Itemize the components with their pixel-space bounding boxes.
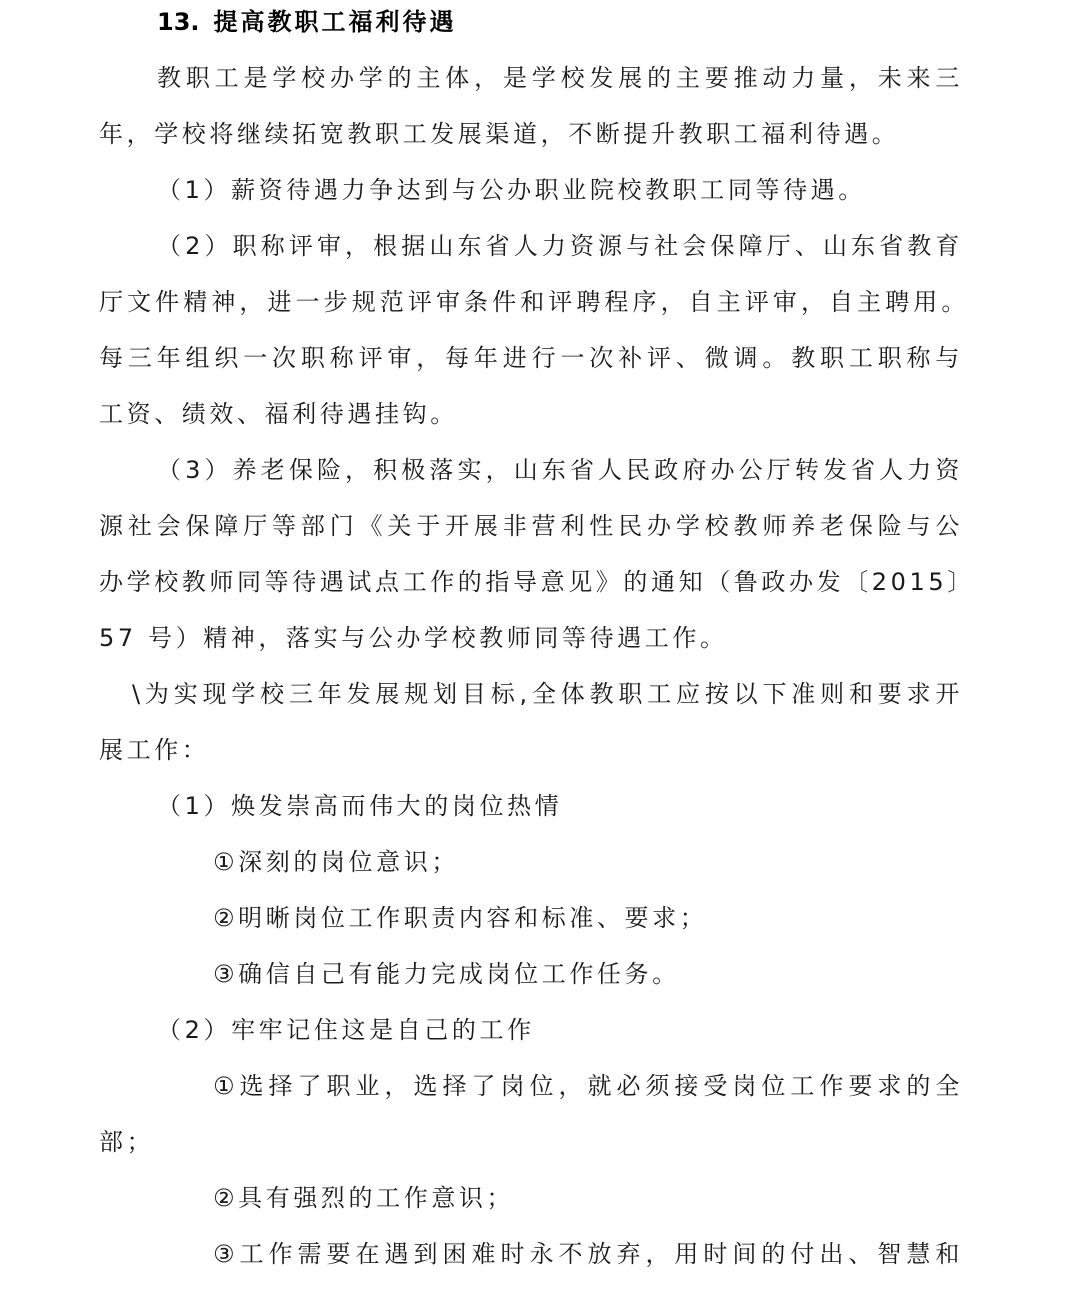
sub-item: ①深刻的岗位意识； — [213, 846, 459, 878]
paragraph-line: 厅文件精神，进一步规范评审条件和评聘程序，自主评审，自主聘用。 — [99, 286, 969, 318]
sub-item: ③工作需要在遇到困难时永不放弃，用时间的付出、智慧和 — [213, 1238, 963, 1270]
list-item-title-review: （2）职称评审，根据山东省人力资源与社会保障厅、山东省教育 — [157, 230, 963, 262]
paragraph-line: 部； — [99, 1126, 154, 1158]
paragraph-line: 年，学校将继续拓宽教职工发展渠道，不断提升教职工福利待遇。 — [99, 118, 899, 150]
paragraph-line: 源社会保障厅等部门《关于开展非营利性民办学校教师养老保险与公 — [99, 510, 963, 542]
list-item-passion: （1）焕发崇高而伟大的岗位热情 — [157, 790, 562, 822]
sub-item: ①选择了职业，选择了岗位，就必须接受岗位工作要求的全 — [213, 1070, 963, 1102]
list-item-salary: （1）薪资待遇力争达到与公办职业院校教职工同等待遇。 — [157, 174, 866, 206]
paragraph-line: 工资、绩效、福利待遇挂钩。 — [99, 398, 458, 430]
paragraph-line: 办学校教师同等待遇试点工作的指导意见》的通知（鲁政办发〔2015〕 — [99, 566, 971, 598]
sub-item: ②具有强烈的工作意识； — [213, 1182, 514, 1214]
paragraph-line: 展工作： — [99, 734, 209, 766]
list-item-remember: （2）牢牢记住这是自己的工作 — [157, 1014, 535, 1046]
document-page: 13.提高教职工福利待遇 教职工是学校办学的主体，是学校发展的主要推动力量，未来… — [0, 0, 1066, 1296]
paragraph-line: 教职工是学校办学的主体，是学校发展的主要推动力量，未来三 — [157, 62, 963, 94]
paragraph-line: 57 号）精神，落实与公办学校教师同等待遇工作。 — [99, 622, 728, 654]
section-title: 提高教职工福利待遇 — [214, 8, 457, 36]
section-number: 13. — [157, 8, 200, 36]
sub-item: ③确信自己有能力完成岗位工作任务。 — [213, 958, 680, 990]
paragraph-line: 每三年组织一次职称评审，每年进行一次补评、微调。教职工职称与 — [99, 342, 963, 374]
section-heading: 13.提高教职工福利待遇 — [157, 6, 457, 38]
list-item-pension: （3）养老保险，积极落实，山东省人民政府办公厅转发省人力资 — [157, 454, 963, 486]
paragraph-line: \为实现学校三年发展规划目标,全体教职工应按以下准则和要求开 — [132, 678, 963, 710]
sub-item: ②明晰岗位工作职责内容和标准、要求； — [213, 902, 707, 934]
